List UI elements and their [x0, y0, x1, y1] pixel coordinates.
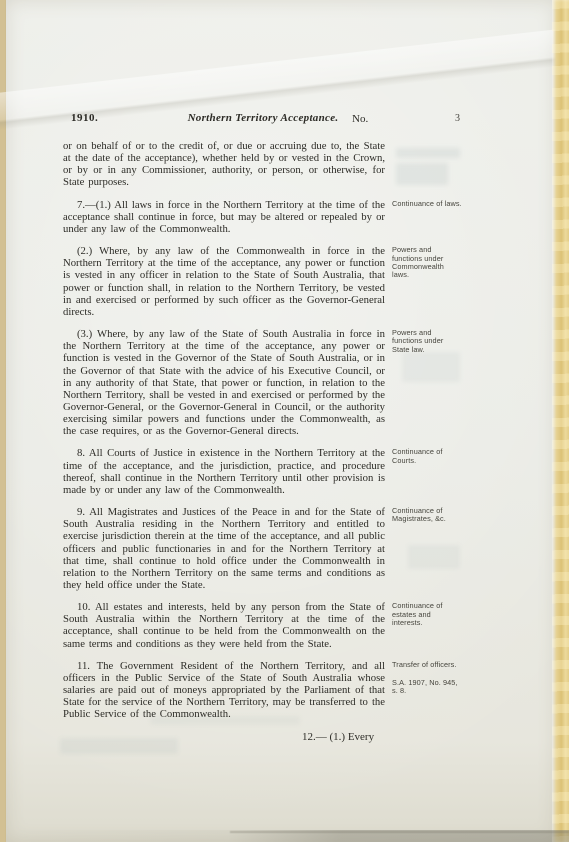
margin-note: Transfer of officers. [392, 661, 462, 669]
catchword-line: 12.— (1.) Every [63, 731, 385, 743]
margin-note: Powers and functions under Commonwealth … [392, 246, 462, 280]
header-no-label: No. [352, 113, 368, 125]
paragraph-continuation: or on behalf of or to the credit of, or … [63, 140, 385, 189]
paragraph-section-8: 8. All Courts of Justice in existence in… [63, 447, 385, 496]
catchword: 12.— (1.) Every [302, 731, 374, 743]
paragraph-text: 11. The Government Resident of the North… [63, 660, 385, 721]
paragraph-section-9: 9. All Magistrates and Justices of the P… [63, 506, 385, 591]
paragraph-section-10: 10. All estates and interests, held by a… [63, 601, 385, 650]
paragraph-section-7-3: (3.) Where, by any law of the State of S… [63, 328, 385, 437]
margin-note: Continuance of laws. [392, 200, 462, 208]
page-bottom-shadow [0, 830, 569, 842]
margin-note-citation: S.A. 1907, No. 945, s. 8. [392, 679, 462, 696]
margin-note: Continuance of Courts. [392, 448, 462, 465]
paragraph-text: 7.—(1.) All laws in force in the Norther… [63, 199, 385, 235]
paragraph-section-7-2: (2.) Where, by any law of the Commonweal… [63, 245, 385, 318]
margin-note: Continuance of Magistrates, &c. [392, 507, 462, 524]
paper-torn-edge [552, 0, 569, 842]
paragraph-section-7: 7.—(1.) All laws in force in the Norther… [63, 199, 385, 235]
margin-note: Continuance of estates and interests. [392, 602, 462, 627]
margin-note: Powers and functions under State law. [392, 329, 462, 354]
header-year: 1910. [71, 112, 98, 124]
paragraph-section-11: 11. The Government Resident of the North… [63, 660, 385, 721]
running-head: 1910. Northern Territory Acceptance. No.… [63, 112, 465, 127]
header-page-number: 3 [455, 113, 460, 124]
scanned-page-photo: 1910. Northern Territory Acceptance. No.… [0, 0, 569, 842]
paragraph-text: 8. All Courts of Justice in existence in… [63, 447, 385, 496]
paragraph-text: or on behalf of or to the credit of, or … [63, 140, 385, 189]
page-content: 1910. Northern Territory Acceptance. No.… [63, 112, 465, 743]
paragraph-text: (2.) Where, by any law of the Commonweal… [63, 245, 385, 318]
paragraph-text: 10. All estates and interests, held by a… [63, 601, 385, 650]
paragraph-text: (3.) Where, by any law of the State of S… [63, 328, 385, 437]
paragraph-text: 9. All Magistrates and Justices of the P… [63, 506, 385, 591]
